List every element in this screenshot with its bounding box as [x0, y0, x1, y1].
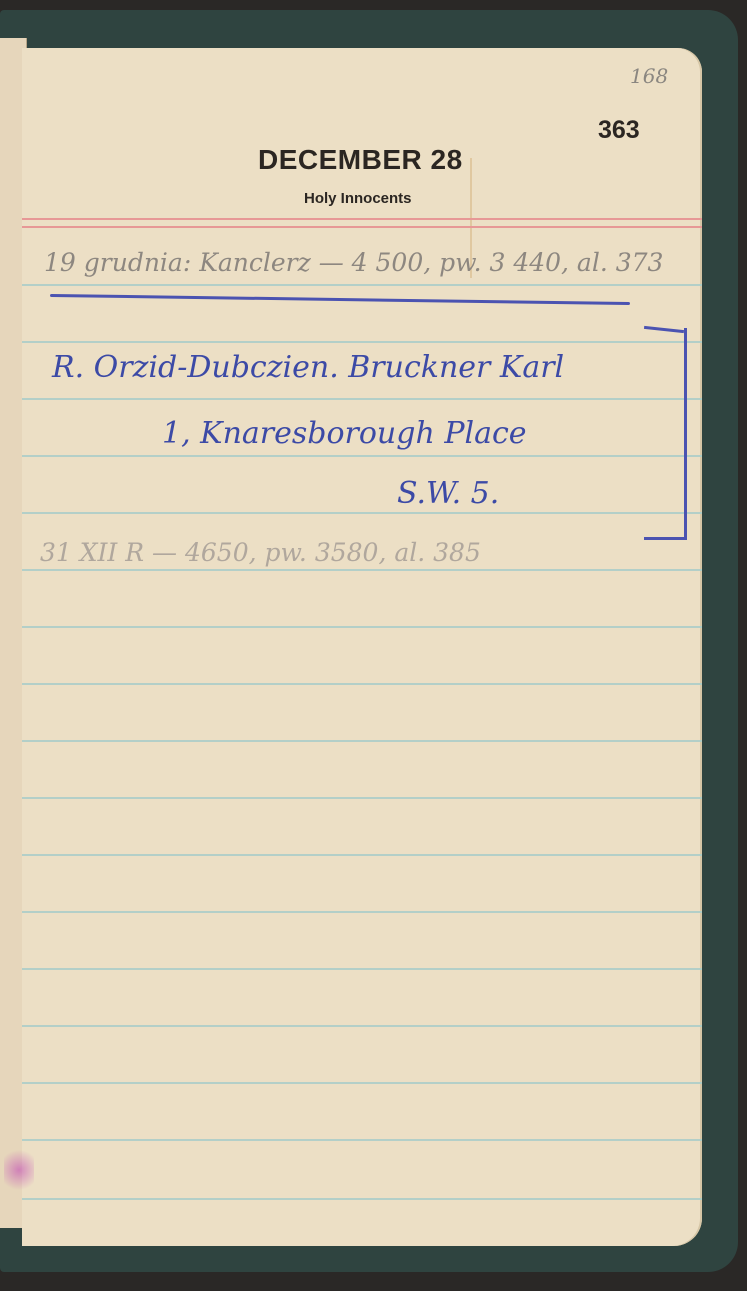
ruled-line	[22, 569, 702, 571]
address-postcode-line: S.W. 5.	[397, 476, 499, 511]
pencil-note: 19 grudnia: Kanclerz — 4 500, pw. 3 440,…	[44, 248, 663, 277]
header-rule	[22, 226, 702, 228]
ruled-line	[22, 398, 702, 400]
archive-page-number: 168	[630, 64, 668, 88]
ruled-line	[22, 1198, 702, 1200]
address-street-line: 1, Knaresborough Place	[162, 416, 527, 451]
ruled-line	[22, 341, 702, 343]
ruled-line	[22, 911, 702, 913]
ruled-line	[22, 854, 702, 856]
day-of-year: 363	[598, 116, 640, 145]
ruled-line	[22, 683, 702, 685]
address-name-line: R. Orzid-Dubczien. Bruckner Karl	[52, 350, 564, 385]
ruled-line	[22, 740, 702, 742]
diary-page: 168 363 DECEMBER 28 Holy Innocents 19 gr…	[22, 48, 702, 1246]
ruled-line	[22, 512, 702, 514]
feast-name: Holy Innocents	[304, 190, 412, 207]
ink-underline	[50, 294, 630, 305]
ruled-line	[22, 797, 702, 799]
ink-bracket	[642, 328, 687, 540]
ruled-line	[22, 284, 702, 286]
ruled-line	[22, 455, 702, 457]
ruled-line	[22, 1025, 702, 1027]
ruled-line	[22, 1139, 702, 1141]
page-title: DECEMBER 28	[258, 144, 463, 176]
ruled-line	[22, 1082, 702, 1084]
ink-stain	[4, 1150, 34, 1200]
faint-pencil-note: 31 XII R — 4650, pw. 3580, al. 385	[40, 538, 481, 567]
header-rule	[22, 218, 702, 220]
ruled-line	[22, 968, 702, 970]
ruled-line	[22, 626, 702, 628]
